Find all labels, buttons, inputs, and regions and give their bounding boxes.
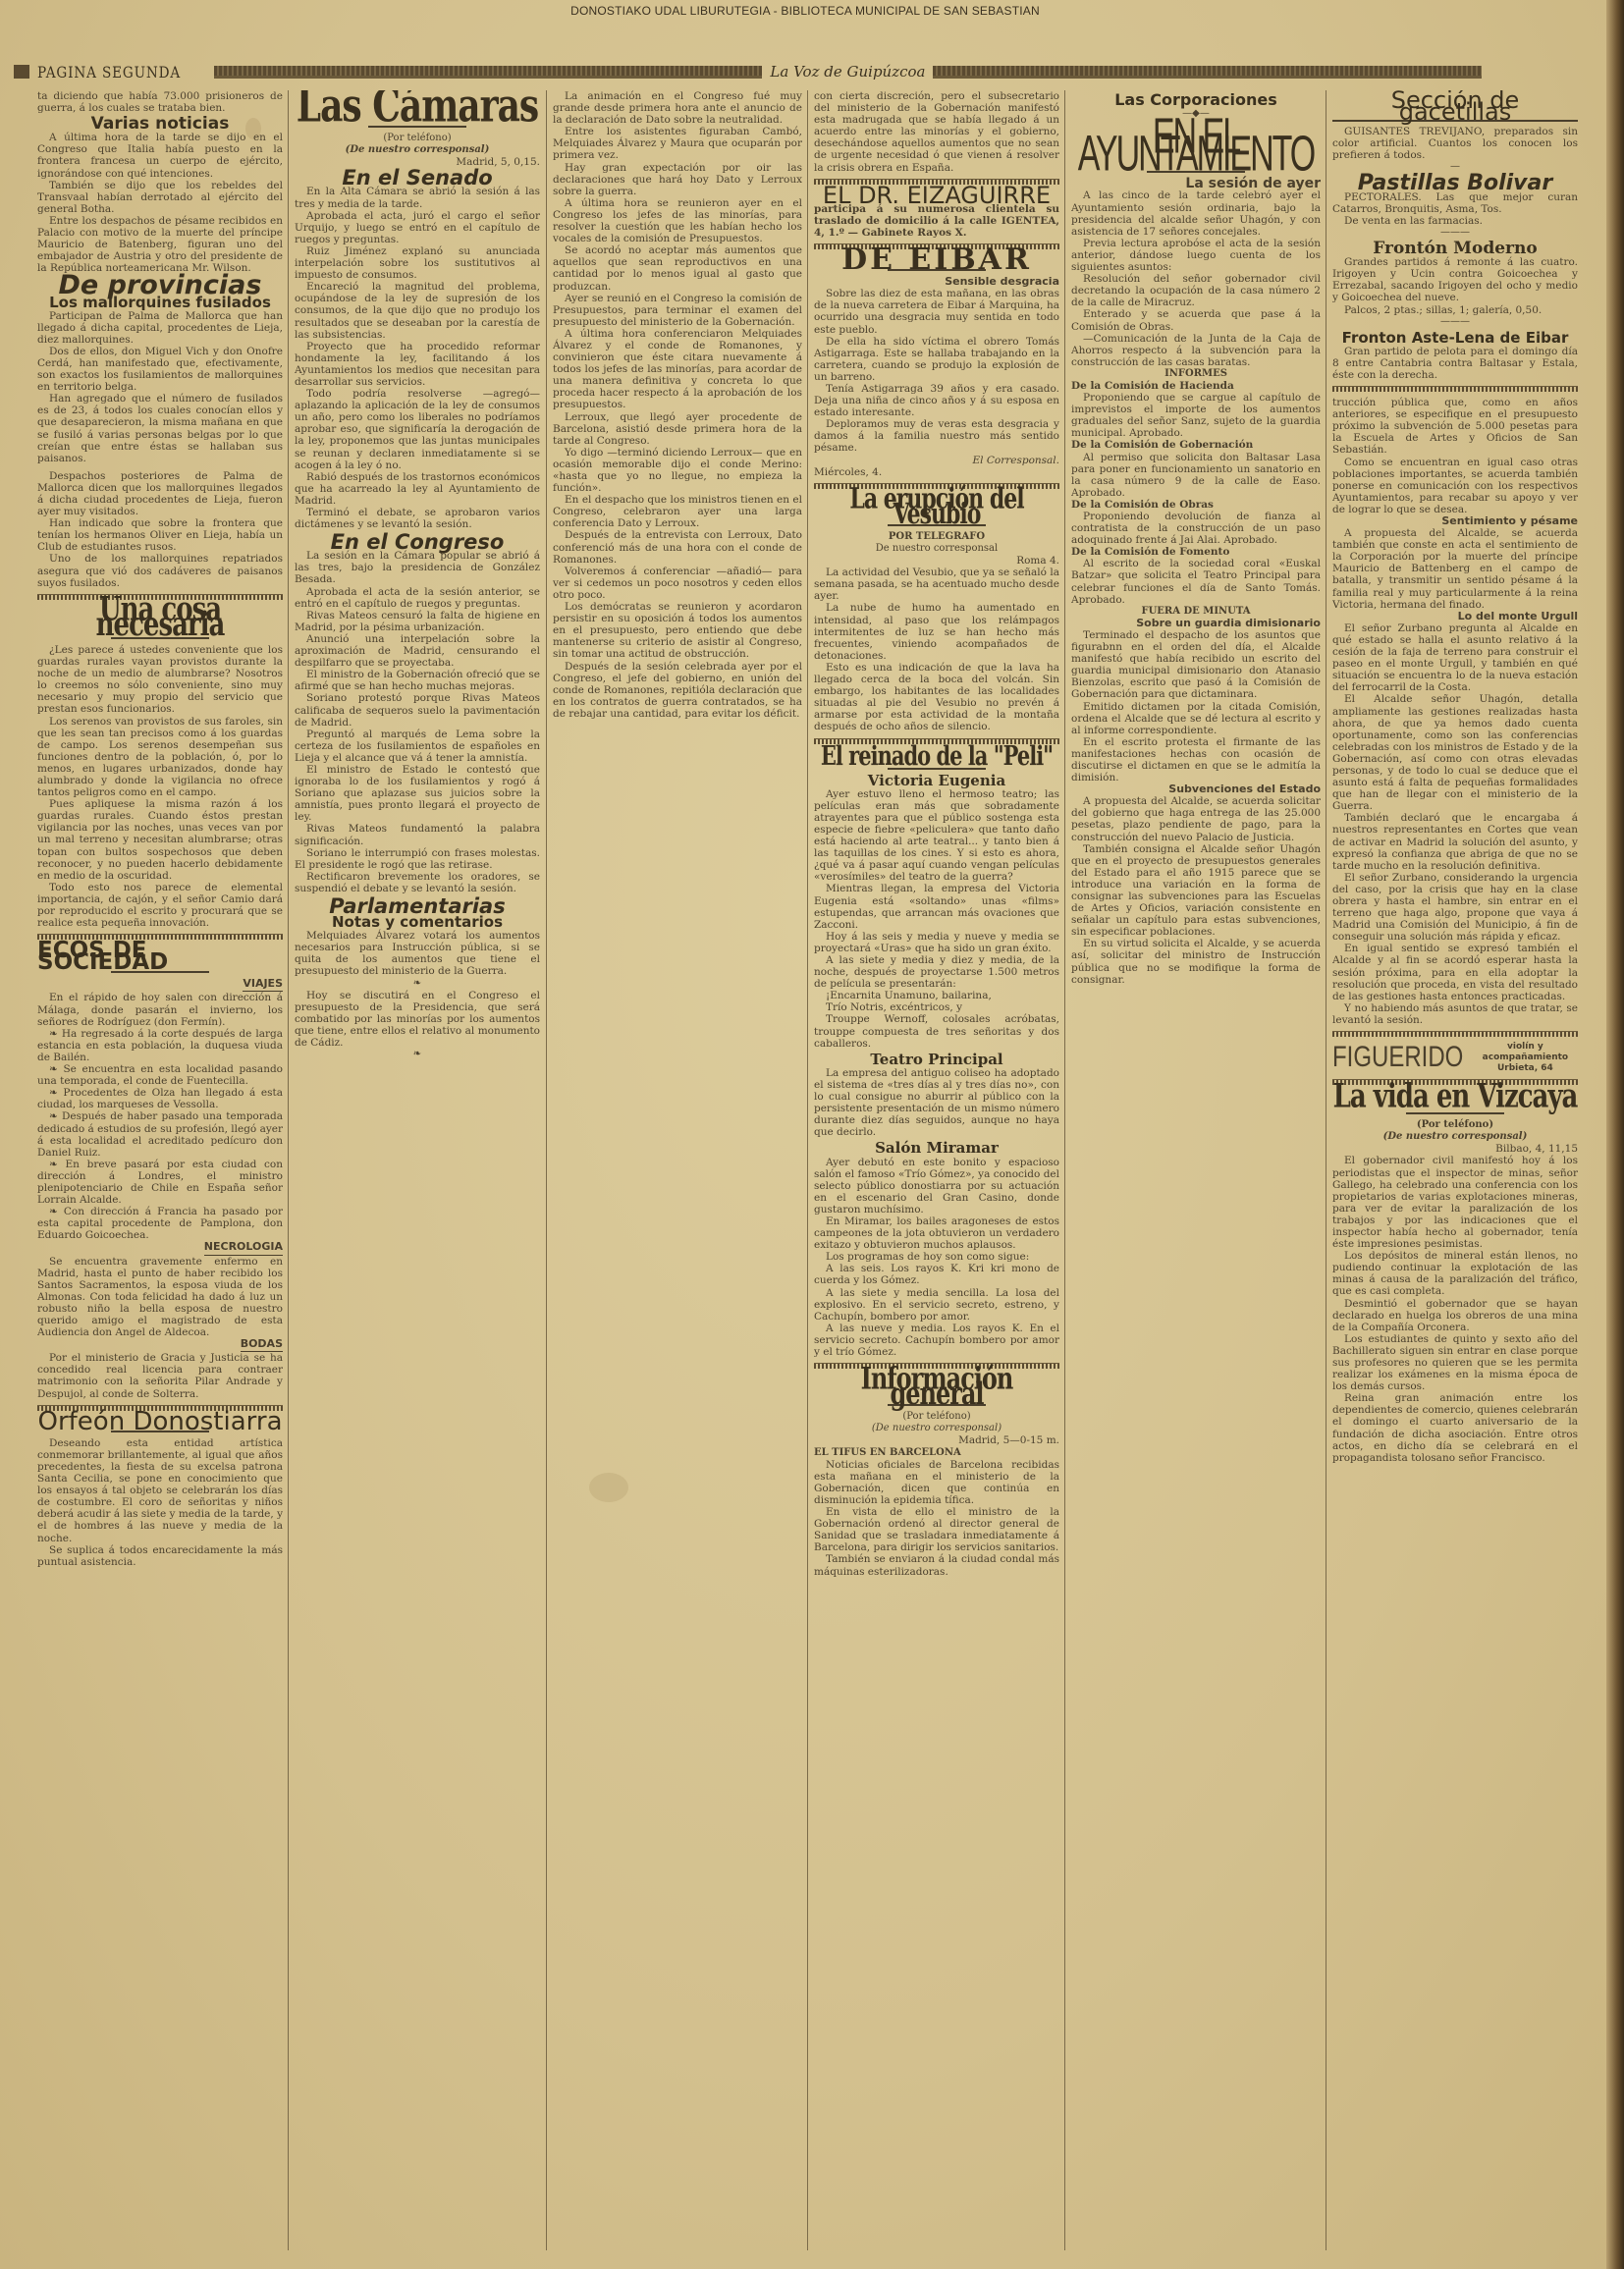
column-1: ta diciendo que había 73.000 prisioneros… — [37, 90, 283, 2250]
paragraph: El señor Zurbano, considerando la urgenc… — [1332, 872, 1578, 944]
headline-fronton-aste-lena: Fronton Aste-Lena de Eibar — [1332, 332, 1578, 344]
column-rule — [288, 90, 289, 2250]
ad-line: violín y — [1483, 1042, 1568, 1053]
act-item: Trío Notris, excéntricos, y — [814, 1001, 1059, 1013]
paragraph: Melquiades Álvarez votará los aumentos n… — [295, 930, 540, 977]
act-item: ¡Encarnita Unamuno, bailarina, — [814, 990, 1059, 1001]
kicker-sentimiento: Sentimiento y pésame — [1332, 515, 1578, 527]
paragraph: Tenía Astigarraga 39 años y era casado. … — [814, 383, 1059, 418]
headline-informacion-general: Información general — [814, 1371, 1059, 1401]
paragraph: Hoy á las seis y media y nueve y media s… — [814, 931, 1059, 954]
paragraph: Los demócratas se reunieron y acordaron … — [553, 601, 802, 660]
subhead-mallorquines: Los mallorquines fusilados — [37, 297, 283, 308]
column-rule — [1326, 90, 1326, 2250]
paragraph: Como se encuentran en igual caso otras p… — [1332, 457, 1578, 515]
paragraph: Preguntó al marqués de Lema sobre la cer… — [295, 729, 540, 764]
paragraph: Resolución del señor gobernador civil de… — [1071, 273, 1321, 308]
masthead-rule-left — [214, 66, 763, 79]
paragraph: Terminó el debate, se aprobaron varios d… — [295, 507, 540, 530]
column-rule — [807, 90, 808, 2250]
paragraph: Encareció la magnitud del problema, ocup… — [295, 281, 540, 340]
kicker-informes: INFORMES — [1071, 368, 1321, 380]
paragraph: A las siete y media sencilla. La losa de… — [814, 1287, 1059, 1323]
paragraph: Grandes partidos á remonte á las cuatro.… — [1332, 256, 1578, 303]
dateline: Roma 4. — [814, 555, 1059, 567]
headline-orfeon-donostiarra: Orfeón Donostiarra — [37, 1416, 283, 1428]
kicker-fomento: De la Comisión de Fomento — [1071, 546, 1321, 558]
paragraph: Deploramos muy de veras esta desgracia y… — [814, 418, 1059, 454]
paragraph: Dos de ellos, don Miguel Vich y don Onof… — [37, 346, 283, 393]
ornamental-rule — [1332, 386, 1578, 392]
paragraph: El señor Zurbano pregunta al Alcalde en … — [1332, 622, 1578, 694]
kicker-monte-urgull: Lo del monte Urgull — [1332, 611, 1578, 622]
masthead: PAGINA SEGUNDA La Voz de Guipúzcoa — [14, 61, 1482, 82]
headline-de-provincias: De provincias — [37, 280, 283, 292]
paragraph: con cierta discreción, pero el subsecret… — [814, 90, 1059, 174]
paragraph: Proyecto que ha procedido reformar honda… — [295, 341, 540, 388]
paragraph: A las siete y media y diez y media, de l… — [814, 954, 1059, 990]
paragraph: A última hora conferenciaron Melquiades … — [553, 328, 802, 411]
ad-figuerido: FIGUERIDO violín y acompañamiento Urbiet… — [1332, 1042, 1578, 1074]
ornament: ——— — [1332, 316, 1578, 328]
column-rule — [546, 90, 547, 2250]
kicker-sensible-desgracia: Sensible desgracia — [814, 276, 1059, 288]
paragraph: En su virtud solicita el Alcalde, y se a… — [1071, 938, 1321, 985]
article-continuation: ta diciendo que había 73.000 prisioneros… — [37, 90, 283, 114]
ad-pastillas-bolivar-title: Pastillas Bolivar — [1332, 178, 1578, 189]
paragraph: En igual sentido se expresó también el A… — [1332, 943, 1578, 1001]
paragraph: En vista de ello el ministro de la Gober… — [814, 1506, 1059, 1553]
paragraph: Soriano protestó porque Rivas Mateos cal… — [295, 692, 540, 728]
paragraph: En el despacho que los ministros tienen … — [553, 494, 802, 529]
newspaper-title: La Voz de Guipúzcoa — [770, 63, 925, 81]
paragraph: Ayer estuvo lleno el hermoso teatro; las… — [814, 788, 1059, 884]
paragraph: Rivas Mateos fundamentó la palabra signi… — [295, 823, 540, 846]
paragraph: La sesión en la Cámara popular se abrió … — [295, 550, 540, 585]
paragraph: Reina gran animación entre los dependien… — [1332, 1392, 1578, 1464]
paragraph: Aprobada el acta de la sesión anterior, … — [295, 586, 540, 610]
dispatch-correspondent: De nuestro corresponsal — [814, 543, 1059, 555]
paragraph: Deseando esta entidad artística conmemor… — [37, 1437, 283, 1544]
paragraph: ¿Les parece á ustedes conveniente que lo… — [37, 644, 283, 716]
paragraph: De venta en las farmacias. — [1332, 215, 1578, 227]
paragraph: Anunció una interpelación sobre la aprox… — [295, 633, 540, 669]
ad-eizaguirre-title: EL DR. EIZAGUIRRE — [814, 189, 1059, 201]
paragraph: Por el ministerio de Gracia y Justicia s… — [37, 1352, 283, 1399]
paragraph: También consigna el Alcalde señor Uhagón… — [1071, 843, 1321, 939]
paragraph: Entre los despachos de pésame recibidos … — [37, 215, 283, 274]
section-las-corporaciones: Las Corporaciones — [1071, 94, 1321, 106]
kicker-subvenciones: Subvenciones del Estado — [1071, 783, 1321, 795]
paragraph: Yo digo —terminó diciendo Lerroux— que e… — [553, 447, 802, 494]
paragraph: Despachos posteriores de Palma de Mallor… — [37, 470, 283, 517]
paragraph: Ruiz Jiménez explanó su anunciada interp… — [295, 245, 540, 281]
paragraph: Hoy se discutirá en el Congreso el presu… — [295, 990, 540, 1049]
paragraph: Rectificaron brevemente los oradores, se… — [295, 871, 540, 894]
paragraph: Proponiendo que se cargue al capítulo de… — [1071, 392, 1321, 439]
library-header: DONOSTIAKO UDAL LIBURUTEGIA - BIBLIOTECA… — [0, 4, 1610, 18]
headline-en-el-congreso: En el Congreso — [295, 536, 540, 548]
headline-las-camaras: Las Cámaras — [295, 98, 540, 114]
ad-line: Urbieta, 64 — [1483, 1063, 1568, 1074]
paragraph: La actividad del Vesubio, que ya se seña… — [814, 567, 1059, 602]
paragraph: De ella ha sido víctima el obrero Tomás … — [814, 336, 1059, 383]
paragraph: También se dijo que los rebeldes del Tra… — [37, 180, 283, 215]
ornamental-rule — [1332, 1031, 1578, 1037]
paragraph: Entre los asistentes figuraban Cambó, Me… — [553, 126, 802, 161]
paragraph: PECTORALES. Las que mejor curan Catarros… — [1332, 191, 1578, 215]
masthead-rule-right — [933, 66, 1482, 79]
paragraph: Proponiendo devolución de fianza al cont… — [1071, 511, 1321, 546]
ad-figuerido-details: violín y acompañamiento Urbieta, 64 — [1483, 1042, 1568, 1074]
headline-parlamentarias: Parlamentarias — [295, 900, 540, 912]
subhead-victoria-eugenia: Victoria Eugenia — [814, 775, 1059, 786]
paragraph: En Miramar, los bailes aragoneses de est… — [814, 1216, 1059, 1251]
dispatch-via: (Por teléfono) — [295, 133, 540, 144]
kicker-hacienda: De la Comisión de Hacienda — [1071, 380, 1321, 392]
paragraph: El Alcalde señor Uhagón, detalla ampliam… — [1332, 693, 1578, 812]
dateline: Madrid, 5—0-15 m. — [814, 1434, 1059, 1446]
headline-de-eibar: DE EIBAR — [814, 254, 1059, 266]
paragraph: A las nueve y media. Los rayos K. En el … — [814, 1323, 1059, 1358]
social-note: ❧ En breve pasará por esta ciudad con di… — [37, 1159, 283, 1206]
headline-una-cosa-necesaria: Una cosa necesaria — [37, 602, 283, 632]
paragraph: Y no habiendo más asuntos de que tratar,… — [1332, 1002, 1578, 1026]
social-note: ❧ Ha regresado á la corte después de lar… — [37, 1028, 283, 1063]
paragraph: Ayer debutó en este bonito y espacioso s… — [814, 1157, 1059, 1216]
paragraph: Todo podría resolverse —agregó— aplazand… — [295, 388, 540, 471]
masthead-ornament — [14, 65, 29, 79]
headline-reinado-peli: El reinado de la "Peli" — [814, 748, 1059, 764]
paragraph: Al escrito de la sociedad coral «Euskal … — [1071, 558, 1321, 605]
social-note: ❧ Después de haber pasado una temporada … — [37, 1110, 283, 1158]
paragraph: Lerroux, que llegó ayer procedente de Ba… — [553, 411, 802, 447]
paragraph: Los estudiantes de quinto y sexto año de… — [1332, 1333, 1578, 1392]
paragraph: Los depósitos de mineral están llenos, n… — [1332, 1250, 1578, 1297]
headline-fronton-moderno: Frontón Moderno — [1332, 243, 1578, 254]
paragraph: Han agregado que el número de fusilados … — [37, 393, 283, 464]
section-separator: ❧ — [295, 978, 540, 990]
column-6: Sección de gacetillas GUISANTES TREVIJAN… — [1332, 90, 1578, 2250]
paragraph: Al permiso que solicita don Baltasar Las… — [1071, 452, 1321, 499]
ad-line: acompañamiento — [1483, 1053, 1568, 1063]
paragraph: —Comunicación de la Junta de la Caja de … — [1071, 333, 1321, 368]
paragraph: Esto es una indicación de que la lava ha… — [814, 662, 1059, 733]
paragraph: Terminado el despacho de los asuntos que… — [1071, 629, 1321, 701]
kicker-gobernacion: De la Comisión de Gobernación — [1071, 439, 1321, 451]
ad-figuerido-name: FIGUERIDO — [1332, 1052, 1463, 1063]
paragraph: Desmintió el gobernador que se hayan dec… — [1332, 1298, 1578, 1333]
social-note: ❧ Procedentes de Olza han llegado á esta… — [37, 1087, 283, 1110]
dispatch-correspondent: (De nuestro corresponsal) — [295, 144, 540, 156]
paragraph: El ministro de la Gobernación ofreció qu… — [295, 669, 540, 692]
paragraph: Después de la sesión celebrada ayer por … — [553, 661, 802, 720]
dispatch-correspondent: (De nuestro corresponsal) — [814, 1423, 1059, 1434]
paragraph: Han indicado que sobre la frontera que t… — [37, 517, 283, 553]
paragraph: Previa lectura aprobóse el acta de la se… — [1071, 238, 1321, 273]
signature: El Corresponsal. — [814, 455, 1059, 466]
subhead-teatro-principal: Teatro Principal — [814, 1053, 1059, 1065]
paragraph: El ministro de Estado le contestó que ig… — [295, 764, 540, 823]
kicker-obras: De la Comisión de Obras — [1071, 499, 1321, 511]
paragraph: Ayer se reunió en el Congreso la comisió… — [553, 293, 802, 328]
ad-guisantes: GUISANTES TREVIJANO, preparados sin colo… — [1332, 126, 1578, 161]
paragraph: Pues apliquese la misma razón á los guar… — [37, 798, 283, 882]
kicker-bodas: BODAS — [37, 1338, 283, 1352]
paragraph: En el rápido de hoy salen con dirección … — [37, 992, 283, 1027]
kicker-viajes: VIAJES — [37, 978, 283, 992]
column-rule — [1064, 90, 1065, 2250]
column-4: con cierta discreción, pero el subsecret… — [814, 90, 1059, 2250]
paragraph: Emitido dictamen por la citada Comisión,… — [1071, 701, 1321, 736]
paragraph: La empresa del antiguo coliseo ha adopta… — [814, 1067, 1059, 1139]
paragraph: Los serenos van provistos de sus faroles… — [37, 716, 283, 799]
ad-eizaguirre-text: participa á su numerosa clientela su tra… — [814, 203, 1059, 239]
act-item: Trouppe Wernoff, colosales acróbatas, tr… — [814, 1013, 1059, 1049]
paragraph: Se suplica á todos encarecidamente la má… — [37, 1544, 283, 1568]
paragraph: Después de la entrevista con Lerroux, Da… — [553, 529, 802, 565]
dispatch-via: POR TELEGRAFO — [814, 531, 1059, 543]
paragraph: La animación en el Congreso fué muy gran… — [553, 90, 802, 126]
paragraph: Sobre las diez de esta mañana, en las ob… — [814, 288, 1059, 335]
kicker-tifus: EL TIFUS EN BARCELONA — [814, 1447, 1059, 1459]
paragraph: A última hora se reunieron ayer en el Co… — [553, 197, 802, 244]
social-note: ❧ Con dirección á Francia ha pasado por … — [37, 1206, 283, 1241]
ornament: ——— — [1332, 227, 1578, 239]
dispatch-via: (Por teléfono) — [1332, 1119, 1578, 1131]
column-5: Las Corporaciones —◆— EN EL AYUNTAMIENTO… — [1071, 90, 1321, 2250]
paragraph: Participan de Palma de Mallorca que han … — [37, 310, 283, 346]
paragraph: Se encuentra gravemente enfermo en Madri… — [37, 1256, 283, 1339]
paragraph: También declaró que le encargaba á nuest… — [1332, 812, 1578, 871]
dateline: Miércoles, 4. — [814, 466, 1059, 478]
paragraph: Noticias oficiales de Barcelona recibida… — [814, 1459, 1059, 1506]
paragraph: A las seis. Los rayos K. Kri kri mono de… — [814, 1263, 1059, 1286]
paragraph: Rivas Mateos censuró la falta de higiene… — [295, 610, 540, 633]
dispatch-via: (Por teléfono) — [814, 1411, 1059, 1423]
dateline: Bilbao, 4, 11,15 — [1332, 1143, 1578, 1155]
kicker-necrologia: NECROLOGIA — [37, 1241, 283, 1255]
paragraph: Enterado y se acuerda que pase á la Comi… — [1071, 308, 1321, 332]
subhead-salon-miramar: Salón Miramar — [814, 1142, 1059, 1154]
headline-erupcion-vesubio: La erupción del Vesubio — [814, 491, 1059, 521]
paragraph: Los programas de hoy son como sigue: — [814, 1251, 1059, 1263]
headline-seccion-gacetillas: Sección de gacetillas — [1332, 94, 1578, 118]
headline-ecos-de-sociedad: ECOS DE SOCIEDAD — [37, 945, 283, 968]
paragraph: Soriano le interrumpió con frases molest… — [295, 847, 540, 871]
dispatch-correspondent: (De nuestro corresponsal) — [1332, 1131, 1578, 1143]
paragraph: En el escrito protesta el firmante de la… — [1071, 736, 1321, 783]
social-notes-list: ❧ Ha regresado á la corte después de lar… — [37, 1028, 283, 1242]
paragraph: A propuesta del Alcalde, se acuerda tamb… — [1332, 527, 1578, 611]
social-note: ❧ Se encuentra en esta localidad pasando… — [37, 1063, 283, 1087]
paragraph: En la Alta Cámara se abrió la sesión á l… — [295, 186, 540, 209]
paragraph: Se acordó no aceptar más aumentos que aq… — [553, 244, 802, 292]
paragraph: Hay gran expectación por oir las declara… — [553, 162, 802, 197]
column-2: Las Cámaras (Por teléfono) (De nuestro c… — [295, 90, 540, 2250]
headline-vida-en-vizcaya: La vida en Vizcaya — [1332, 1089, 1578, 1105]
kicker-guardia-dimisionario: Sobre un guardia dimisionario — [1071, 618, 1321, 629]
paragraph: A propuesta del Alcalde, se acuerda soli… — [1071, 795, 1321, 842]
column-3: La animación en el Congreso fué muy gran… — [553, 90, 802, 2250]
paragraph: El gobernador civil manifestó hoy á los … — [1332, 1155, 1578, 1250]
paragraph: Uno de los mallorquines repatriados aseg… — [37, 553, 283, 588]
section-separator: ❧ — [295, 1049, 540, 1060]
paragraph: A las cinco de la tarde celebró ayer el … — [1071, 189, 1321, 237]
paragraph: Todo esto nos parece de elemental import… — [37, 882, 283, 929]
paragraph: La nube de humo ha aumentado en intensid… — [814, 602, 1059, 661]
paragraph: Aprobada el acta, juró el cargo el señor… — [295, 210, 540, 245]
paragraph: Gran partido de pelota para el domingo d… — [1332, 346, 1578, 381]
headline-varias-noticias: Varias noticias — [37, 118, 283, 130]
paragraph: Mientras llegan, la empresa del Victoria… — [814, 883, 1059, 930]
headline-en-el-ayuntamiento: EN EL AYUNTAMIENTO — [1071, 128, 1321, 163]
paragraph: Rabió después de los trastornos económic… — [295, 471, 540, 507]
page-edge-shadow — [1606, 0, 1624, 2269]
paragraph: A última hora de la tarde se dijo en el … — [37, 132, 283, 179]
page-label: PAGINA SEGUNDA — [37, 63, 181, 81]
paragraph: trucción pública que, como en años anter… — [1332, 397, 1578, 456]
paragraph: También se enviaron á la ciudad condal m… — [814, 1553, 1059, 1577]
acts-list: ¡Encarnita Unamuno, bailarina,Trío Notri… — [814, 990, 1059, 1049]
headline-en-el-senado: En el Senado — [295, 172, 540, 184]
paragraph: Palcos, 2 ptas.; sillas, 1; galería, 0,5… — [1332, 304, 1578, 316]
paragraph: Volveremos á conferenciar —añadió— para … — [553, 566, 802, 601]
